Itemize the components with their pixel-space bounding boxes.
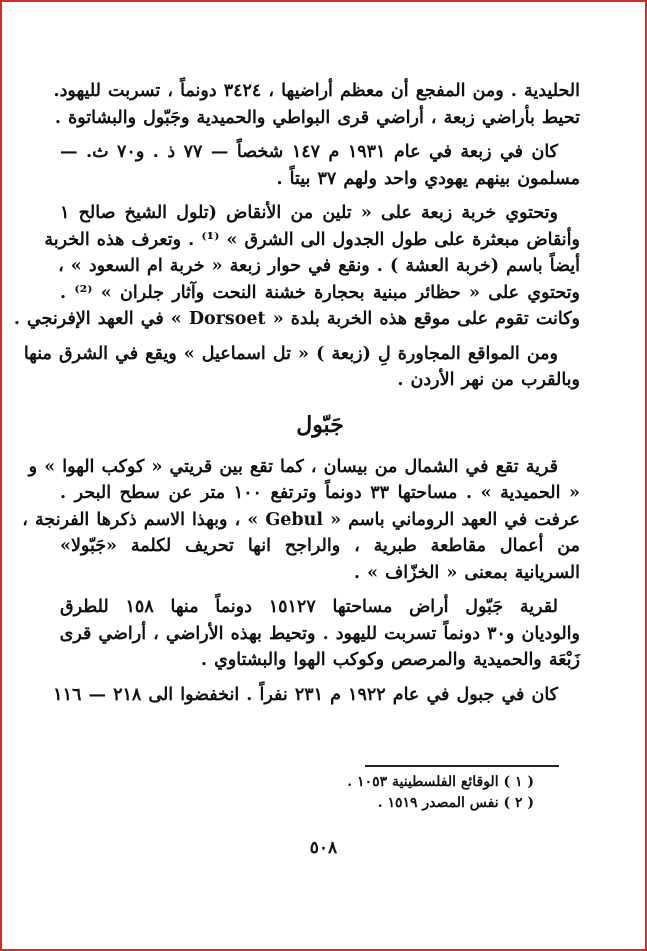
paragraph-zaba-neighbors: ومن المواقع المجاورة لِ (زبعة ) « تل اسم… (60, 341, 580, 394)
text-line: الحليدية . ومن المفجع أن معظم أراضيها ، … (60, 78, 580, 105)
section-heading-jabbul: جَبّول (60, 410, 580, 440)
paragraph-zaba-lands: الحليدية . ومن المفجع أن معظم أراضيها ، … (60, 78, 580, 131)
footnote-2: ( ٢ ) نفس المصدر ١٥١٩ . (347, 793, 534, 814)
text-line: تحيط بأراضي زبعة ، أراضي قرى البواطي وال… (60, 105, 580, 132)
text-line: أيضاً باسم (خربة العشة ) . ونقع في حوار … (60, 253, 580, 280)
paragraph-jabbul-location: قرية تقع في الشمال من بيسان ، كما تقع بي… (60, 454, 580, 587)
footnote-1: ( ١ ) الوقائع الفلسطينية ١٠٥٣ . (347, 772, 534, 793)
book-page-body: الحليدية . ومن المفجع أن معظم أراضيها ، … (60, 78, 580, 716)
text-line: وتحتوي خربة زبعة على « تلين من الأنقاض (… (60, 200, 580, 227)
paragraph-jabbul-lands: لقرية جَبّول أراض مساحتها ١٥١٢٧ دونماً م… (60, 594, 580, 674)
text-line: مسلمون بينهم يهودي واحد ولهم ٣٧ بيتاً . (60, 166, 580, 193)
paragraph-jabbul-population: كان في جبول في عام ١٩٢٢ م ٢٣١ نفراً . ان… (60, 682, 580, 709)
page-number: ٥٠٨ (0, 838, 647, 858)
text-line: قرية تقع في الشمال من بيسان ، كما تقع بي… (60, 454, 580, 481)
text-line: « الحميدية » . مساحتها ٣٣ دونماً وترتفع … (60, 480, 580, 507)
text-line: عرفت في العهد الروماني باسم « Gebul » ، … (60, 507, 580, 534)
text-line: كان في جبول في عام ١٩٢٢ م ٢٣١ نفراً . ان… (60, 682, 580, 709)
text-line: لقرية جَبّول أراض مساحتها ١٥١٢٧ دونماً م… (60, 594, 580, 621)
text-line: من أعمال مقاطعة طبرية ، والراجح انها تحر… (60, 533, 580, 560)
paragraph-zaba-population: كان في زبعة في عام ١٩٣١ م ١٤٧ شخصاً — ٧٧… (60, 139, 580, 192)
text-line: زَبْعَة والحميدية والمرصص وكوكب الهوا وا… (60, 647, 580, 674)
text-line: وكانت تقوم على موقع هذه الخربة بلدة « Do… (60, 306, 580, 333)
text-line: السريانية بمعنى « الخزّاف » . (60, 560, 580, 587)
text-line: كان في زبعة في عام ١٩٣١ م ١٤٧ شخصاً — ٧٧… (60, 139, 580, 166)
footnote-divider (365, 765, 559, 767)
text-line: وتحتوي على « حظائر مبنية بحجارة خشنة الن… (60, 280, 580, 307)
text-line: وأنقاض مبعثرة على طول الجدول الى الشرق »… (60, 227, 580, 254)
text-line: ومن المواقع المجاورة لِ (زبعة ) « تل اسم… (60, 341, 580, 368)
text-line: والوديان و٣٠ دونماً تسربت لليهود . وتحيط… (60, 621, 580, 648)
text-line: وبالقرب من نهر الأردن . (60, 367, 580, 394)
paragraph-zaba-ruins: وتحتوي خربة زبعة على « تلين من الأنقاض (… (60, 200, 580, 333)
footnotes: ( ١ ) الوقائع الفلسطينية ١٠٥٣ . ( ٢ ) نف… (347, 772, 534, 814)
